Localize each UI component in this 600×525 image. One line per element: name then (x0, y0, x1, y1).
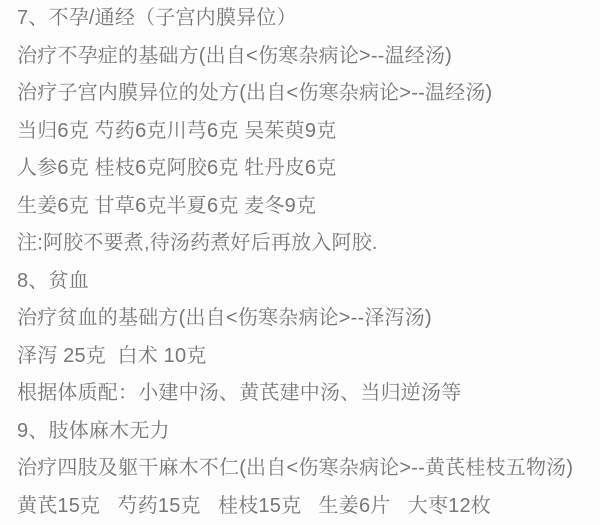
section-8-constitution-note: 根据体质配：小建中汤、黄芪建中汤、当归逆汤等 (17, 375, 592, 413)
section-7-ingredients-row-2: 人参6克 桂枝6克阿胶6克 牡丹皮6克 (17, 150, 592, 188)
section-8-ingredients-row-1: 泽泻 25克 白术 10克 (17, 338, 592, 376)
section-9-basic-formula: 治疗四肢及躯干麻木不仁(出自<伤寒杂病论>--黄芪桂枝五物汤) (17, 450, 592, 488)
section-7-ingredients-row-1: 当归6克 芍药6克川芎6克 吴茱萸9克 (17, 113, 592, 151)
document-body: 7、不孕/通经（子宫内膜异位） 治疗不孕症的基础方(出自<伤寒杂病论>--温经汤… (0, 0, 600, 525)
section-7-ingredients-row-3: 生姜6克 甘草6克半夏6克 麦冬9克 (17, 188, 592, 226)
section-7-note: 注:阿胶不要煮,待汤药煮好后再放入阿胶. (17, 225, 592, 263)
section-8-basic-formula: 治疗贫血的基础方(出自<伤寒杂病论>--泽泻汤) (17, 300, 592, 338)
section-7-basic-formula: 治疗不孕症的基础方(出自<伤寒杂病论>--温经汤) (17, 38, 592, 76)
section-9-ingredients-row-1: 黄芪15克 芍药15克 桂枝15克 生姜6片 大枣12枚 (17, 488, 592, 525)
section-7-heading: 7、不孕/通经（子宫内膜异位） (17, 0, 592, 38)
section-8-heading: 8、贫血 (17, 263, 592, 301)
section-9-heading: 9、肢体麻木无力 (17, 413, 592, 451)
section-7-endometriosis-rx: 治疗子宫内膜异位的处方(出自<伤寒杂病论>--温经汤) (17, 75, 592, 113)
